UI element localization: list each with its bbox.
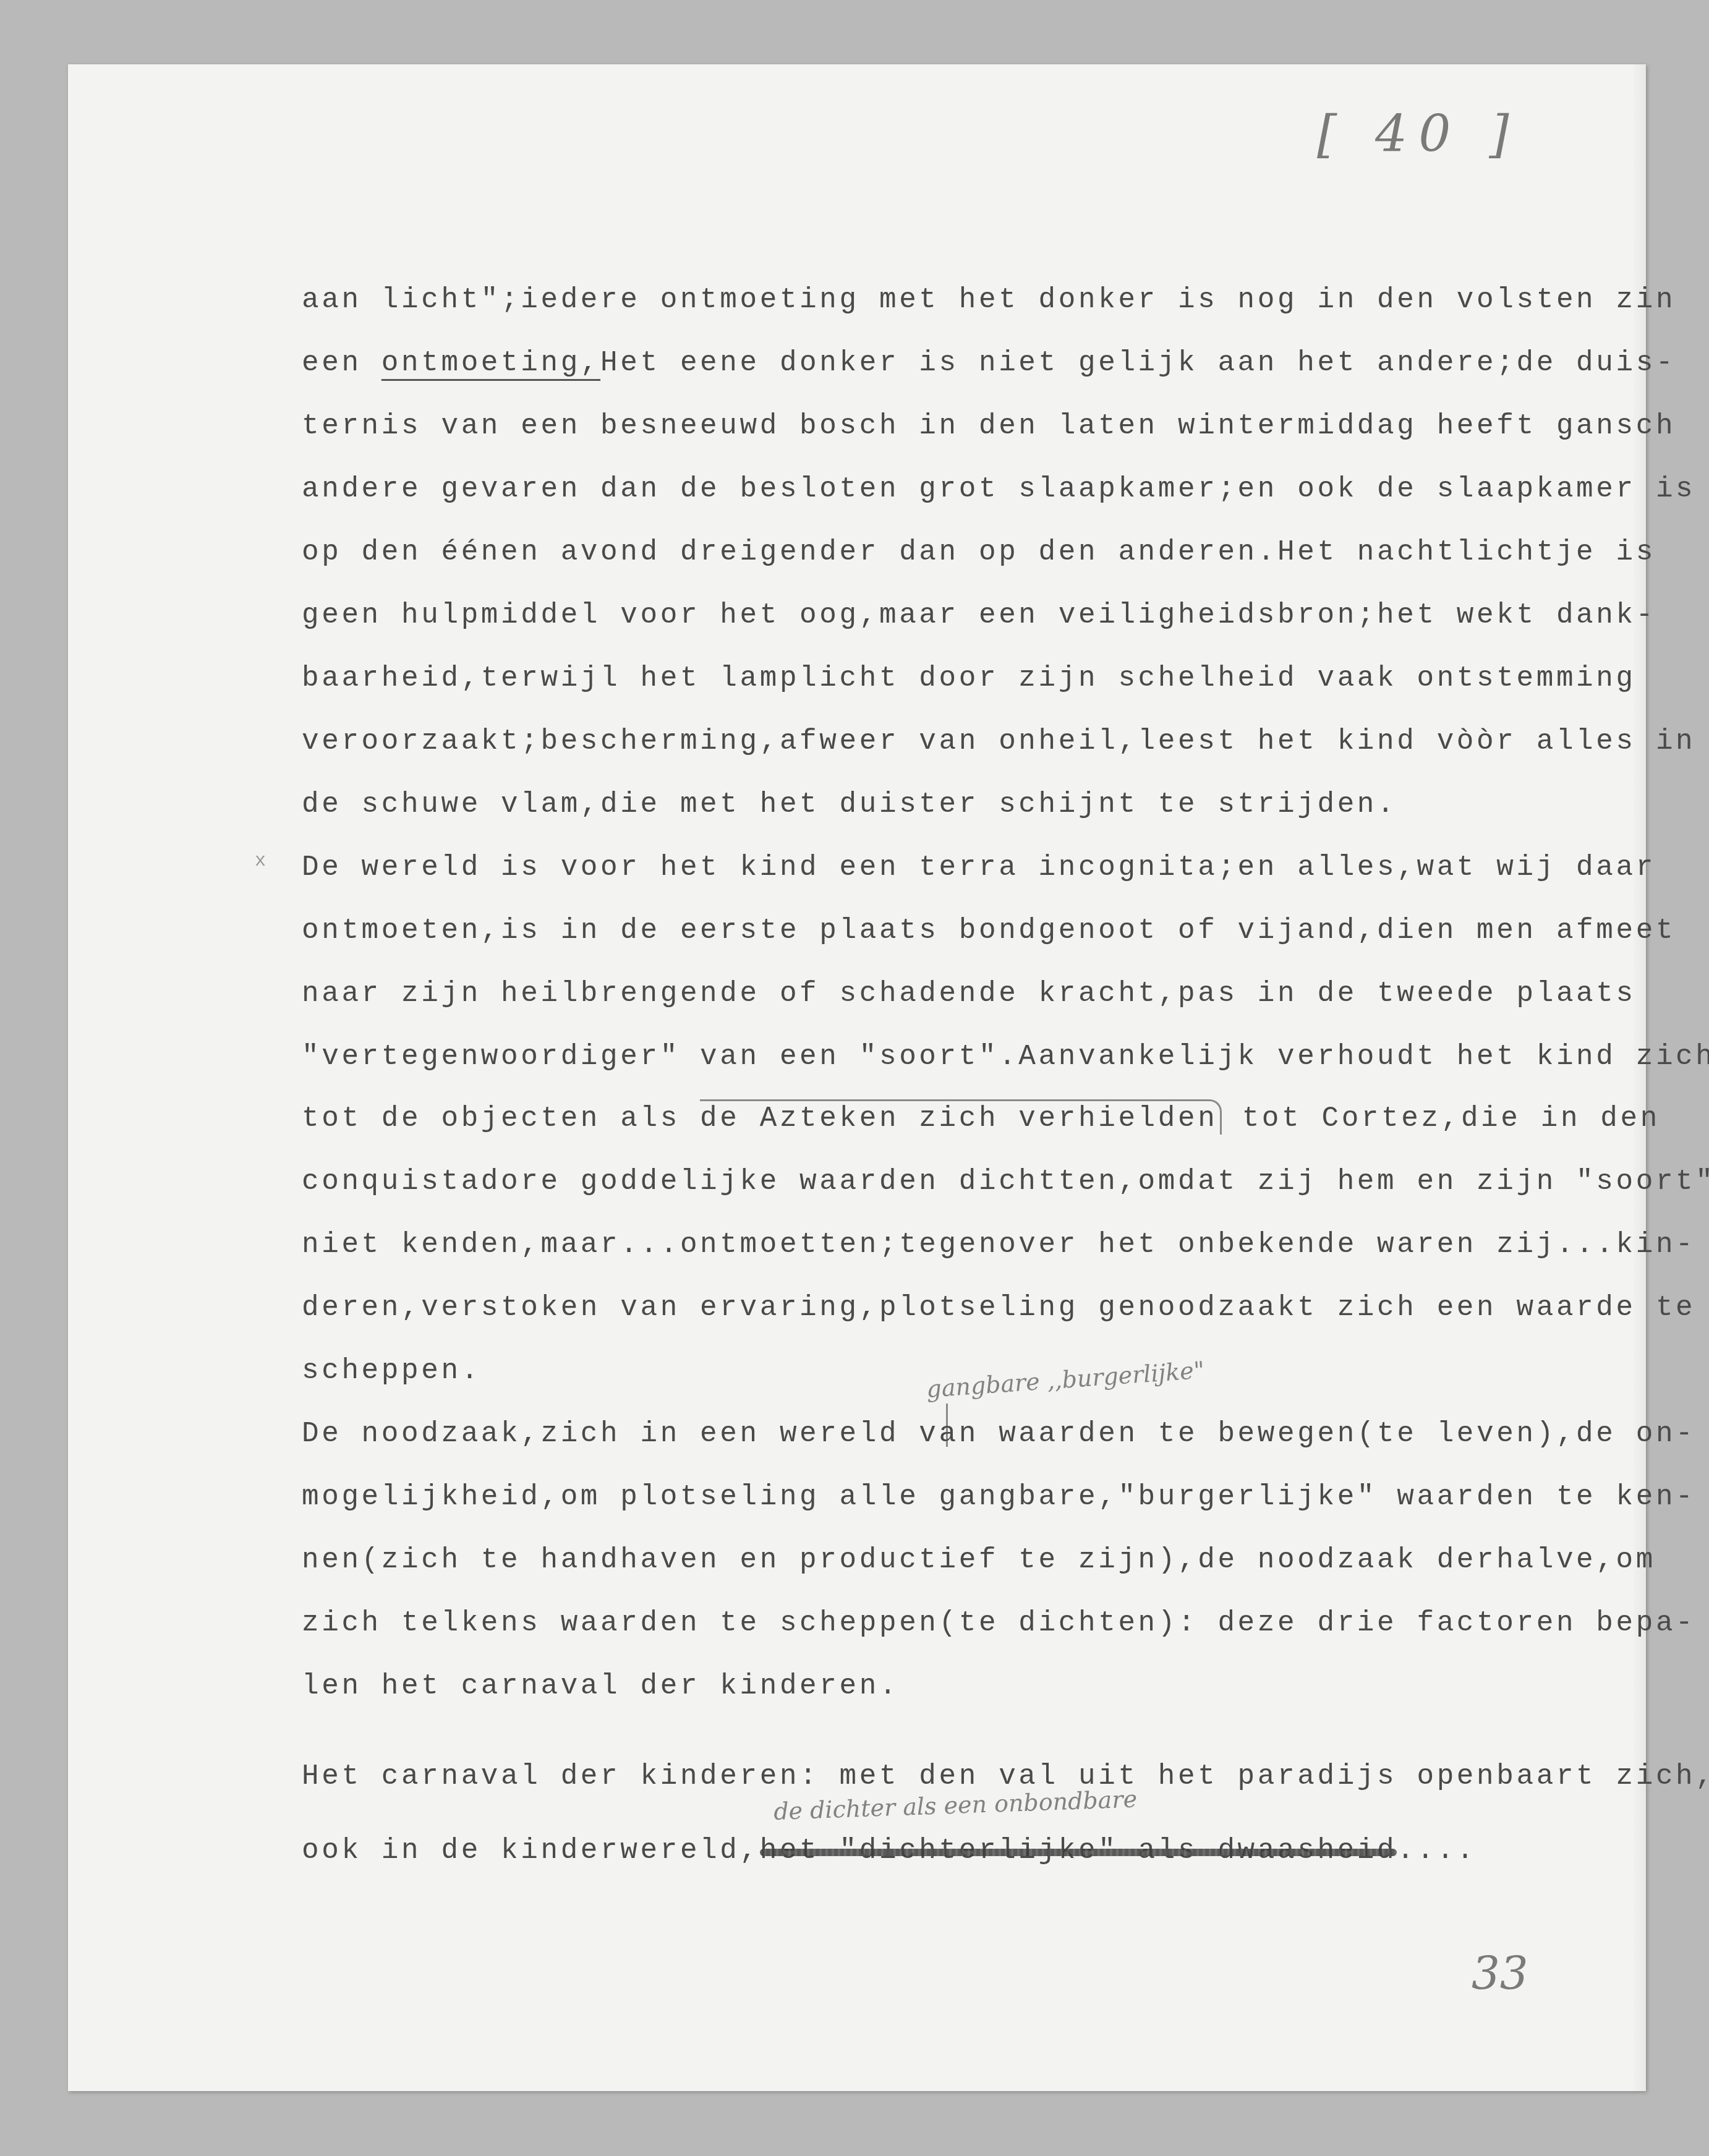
text-line-12: naar zijn heilbrengende of schadende kra… [302,979,1636,1008]
text-line-17: deren,verstoken van ervaring,plotseling … [302,1293,1695,1322]
text-line-3: ternis van een besneeuwd bosch in den la… [302,412,1676,440]
struck-through-phrase: het "dichterlijke" als dwaasheid [760,1834,1397,1867]
ellipsis: .... [1397,1834,1477,1867]
text-line-25: ook in de kinderwereld,het "dichterlijke… [302,1836,1477,1865]
text-line-18: scheppen. [302,1357,481,1385]
text-line-11: ontmoeten,is in de eerste plaats bondgen… [302,916,1676,945]
text-line-9: de schuwe vlam,die met het duister schij… [302,790,1397,819]
underlined-word-ontmoeting: ontmoeting, [381,347,600,379]
page-number-handwritten: 33 [1472,1948,1528,2000]
text-line-1: aan licht";iedere ontmoeting met het don… [302,286,1676,314]
text-fragment: ook in de kinderwereld, [302,1834,760,1867]
text-line-15: conquistadore goddelijke waarden dichtte… [302,1167,1709,1196]
text-line-19: De noodzaak,zich in een wereld van waard… [302,1420,1695,1448]
text-line-8: veroorzaakt;bescherming,afweer van onhei… [302,727,1695,756]
text-line-16: niet kenden,maar...ontmoetten;tegenover … [302,1230,1695,1259]
text-line-24: Het carnaval der kinderen: met den val u… [302,1762,1709,1791]
text-line-7: baarheid,terwijl het lamplicht door zijn… [302,664,1636,692]
text-line-2: een ontmoeting,Het eene donker is niet g… [302,349,1676,377]
text-line-23: len het carnaval der kinderen. [302,1672,899,1700]
folio-number-handwritten: [ 40 ] [1317,105,1520,164]
text-line-21: nen(zich te handhaven en productief te z… [302,1546,1656,1574]
margin-mark-x: x [255,851,266,872]
text-line-14: tot de objecten als de Azteken zich verh… [302,1104,1660,1133]
text-line-5: op den éénen avond dreigender dan op den… [302,538,1656,566]
text-fragment: een [302,347,381,379]
text-fragment: tot Cortez,die in den [1222,1102,1660,1135]
text-line-20: mogelijkheid,om plotseling alle gangbare… [302,1483,1695,1511]
pencil-marked-phrase: de Azteken zich verhielden [700,1099,1222,1135]
text-line-13: "vertegenwoordiger" van een "soort".Aanv… [302,1042,1709,1071]
text-line-22: zich telkens waarden te scheppen(te dich… [302,1609,1695,1637]
text-fragment: tot de objecten als [302,1102,700,1135]
text-fragment: Het eene donker is niet gelijk aan het a… [600,347,1676,379]
text-line-10: De wereld is voor het kind een terra inc… [302,853,1656,882]
text-line-6: geen hulpmiddel voor het oog,maar een ve… [302,601,1656,629]
text-line-4: andere gevaren dan de besloten grot slaa… [302,475,1695,503]
